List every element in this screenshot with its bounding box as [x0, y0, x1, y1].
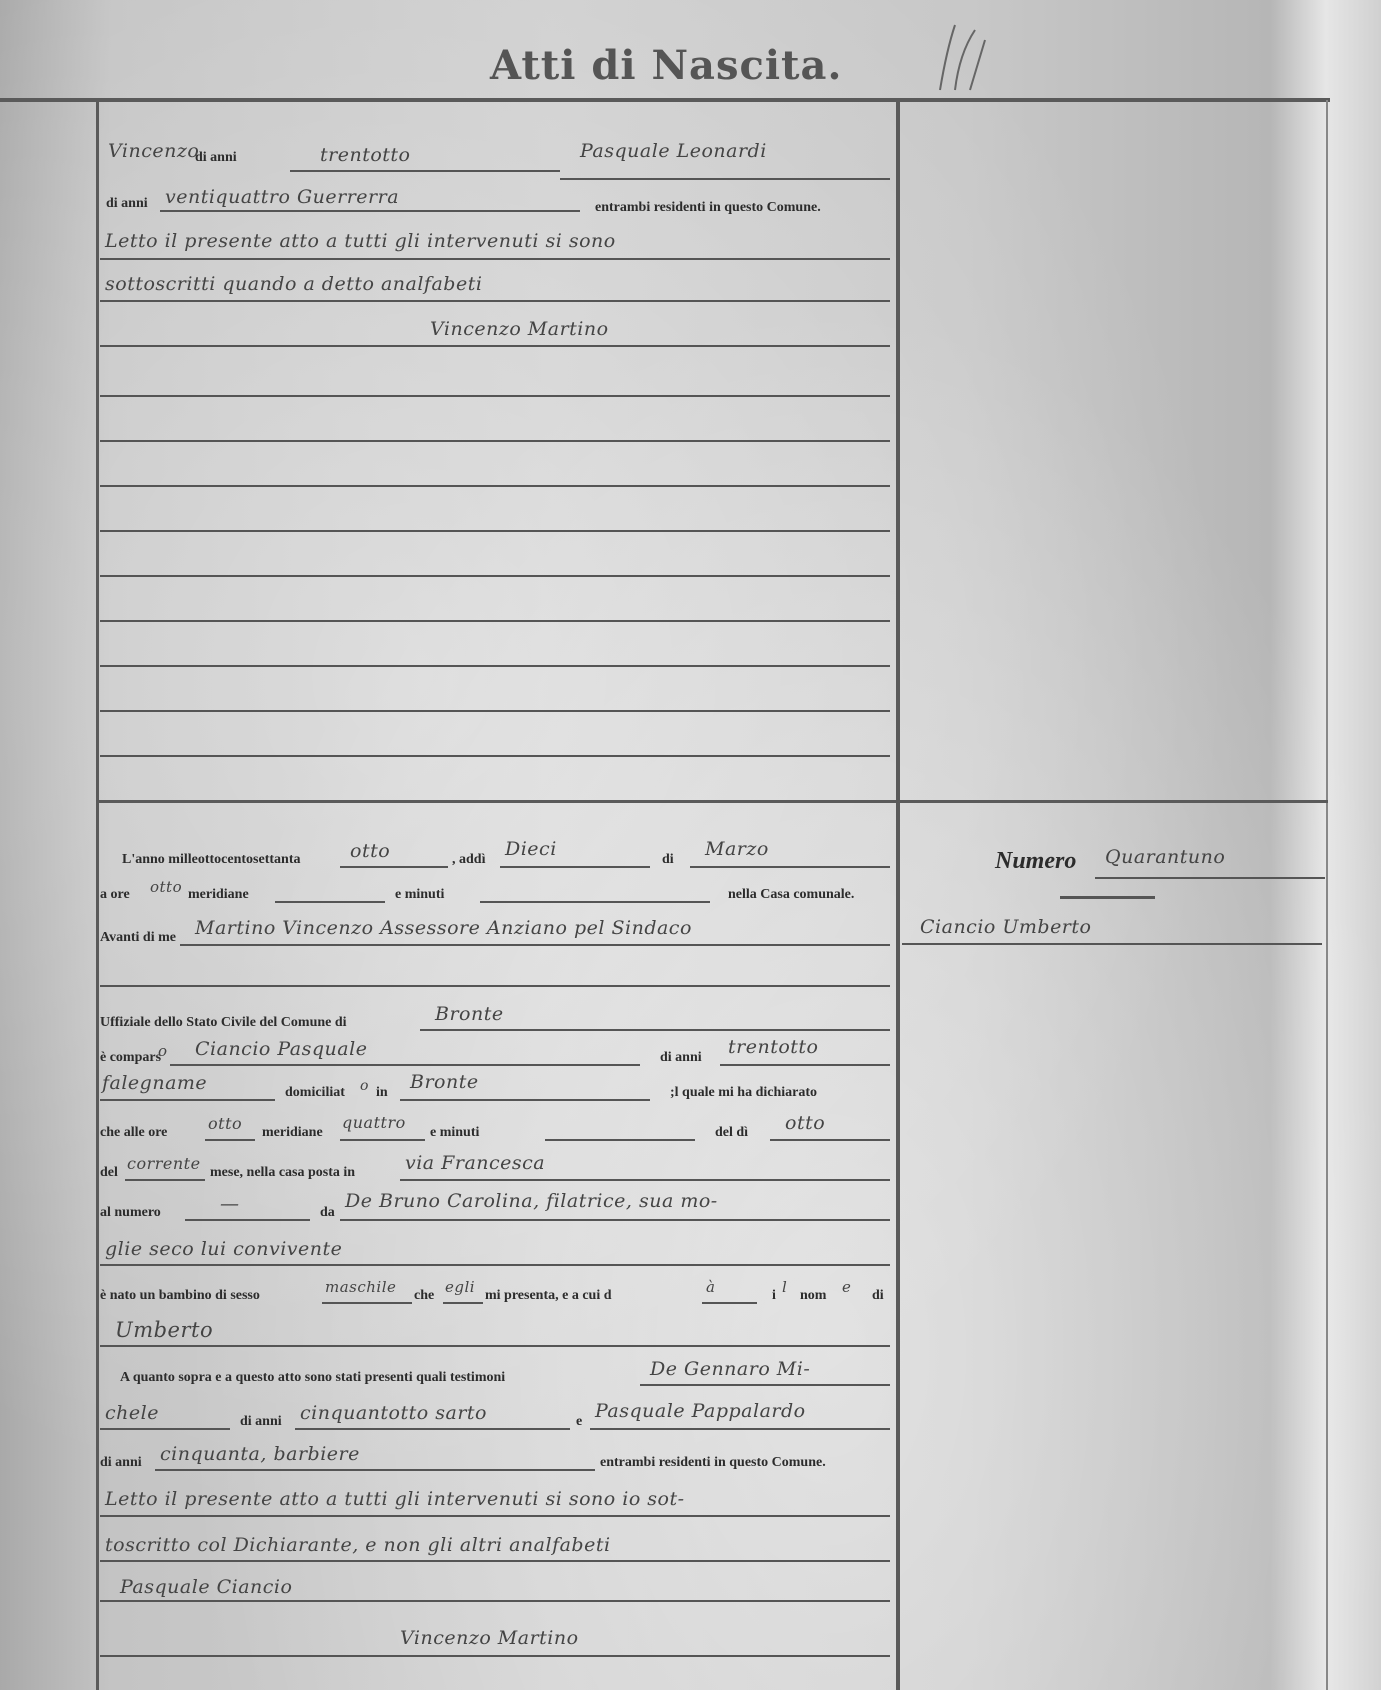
- presenta-label: mi presenta, e a cui d: [485, 1288, 612, 1304]
- rule: [720, 1064, 890, 1066]
- officer-signature: Vincenzo Martino: [400, 1627, 579, 1649]
- witness-2-age: cinquanta, barbiere: [160, 1443, 360, 1465]
- upper-handwritten-name: Vincenzo: [108, 140, 199, 162]
- witnesses-residents-label: entrambi residenti in questo Comune.: [600, 1455, 826, 1471]
- rule: [125, 1179, 205, 1181]
- rule: [100, 755, 890, 757]
- numero-label: Numero: [995, 848, 1076, 875]
- rule: [295, 1428, 570, 1430]
- rule: [400, 1179, 890, 1181]
- rule: [100, 1655, 890, 1657]
- birth-meridiane-label: meridiane: [262, 1125, 323, 1141]
- birth-day-label: del dì: [715, 1125, 748, 1141]
- upper-age-1: trentotto: [320, 144, 410, 166]
- rule: [322, 1302, 412, 1304]
- house-label: mese, nella casa posta in: [210, 1165, 355, 1181]
- rule: [100, 665, 890, 667]
- month-label: di: [662, 852, 674, 868]
- birth-street: via Francesca: [405, 1152, 545, 1174]
- upper-printed-age-label-2: di anni: [106, 196, 148, 212]
- rule: [100, 1099, 275, 1101]
- birth-hour-label: che alle ore: [100, 1125, 167, 1141]
- rule: [500, 866, 650, 868]
- closing-line-1: Letto il presente atto a tutti gli inter…: [105, 1488, 685, 1510]
- page-title: Atti di Nascita.: [490, 42, 842, 89]
- il-suffix: l: [782, 1278, 787, 1296]
- rule: [160, 210, 580, 212]
- rule: [340, 1139, 425, 1141]
- casa-comunale-label: nella Casa comunale.: [728, 887, 854, 903]
- child-name: Umberto: [115, 1318, 213, 1342]
- comparso-suffix: o: [158, 1042, 168, 1060]
- rule: [100, 485, 890, 487]
- avanti-label: Avanti di me: [100, 930, 176, 946]
- witness-1-age-label: di anni: [240, 1414, 282, 1430]
- born-label: è nato un bambino di sesso: [100, 1288, 260, 1304]
- house-number: —: [220, 1193, 240, 1215]
- uffiziale-label: Uffiziale dello Stato Civile del Comune …: [100, 1015, 347, 1031]
- rule: [100, 1428, 230, 1430]
- document-page: [0, 0, 1381, 1690]
- birth-minutes-label: e minuti: [430, 1125, 479, 1141]
- e-label: e: [576, 1414, 582, 1430]
- rule: [560, 178, 890, 180]
- rule: [100, 530, 890, 532]
- birth-day: otto: [785, 1112, 825, 1134]
- meridiane-label: meridiane: [188, 887, 249, 903]
- witness-1-name-cont: chele: [105, 1402, 159, 1424]
- nome-suffix: e: [842, 1278, 851, 1296]
- upper-residents-text: entrambi residenti in questo Comune.: [595, 200, 821, 216]
- rule: [100, 1264, 890, 1266]
- margin-scribble-icon: [930, 20, 990, 100]
- witness-2-age-label: di anni: [100, 1455, 142, 1471]
- rule: [100, 1560, 890, 1562]
- margin-child-name: Ciancio Umberto: [920, 916, 1091, 938]
- il-label: i: [772, 1288, 776, 1304]
- right-border: [1326, 100, 1328, 1690]
- rule: [100, 440, 890, 442]
- domiciliato-suffix: o: [360, 1078, 369, 1094]
- house-number-label: al numero: [100, 1205, 161, 1221]
- rule: [100, 345, 890, 347]
- declarant-signature: Pasquale Ciancio: [120, 1576, 292, 1598]
- da-suffix: à: [706, 1278, 715, 1296]
- upper-line-3: Letto il presente atto a tutti gli inter…: [105, 230, 616, 252]
- rule: [275, 901, 385, 903]
- day-value: Dieci: [505, 838, 557, 860]
- section-divider: [96, 800, 1328, 803]
- minutes-label: e minuti: [395, 887, 444, 903]
- rule: [480, 901, 710, 903]
- upper-witness-name: Pasquale Leonardi: [580, 140, 767, 162]
- left-border: [96, 100, 99, 1690]
- declarant-profession: falegname: [102, 1072, 207, 1094]
- rule: [690, 866, 890, 868]
- in-label: in: [376, 1085, 388, 1101]
- domiciliato-label: domiciliat: [285, 1085, 345, 1101]
- da-label: da: [320, 1205, 335, 1221]
- rule: [340, 1219, 890, 1221]
- rule: [100, 300, 890, 302]
- comune-value: Bronte: [435, 1003, 504, 1025]
- upper-printed-age-label: di anni: [195, 150, 237, 166]
- declarant-age: trentotto: [728, 1036, 818, 1058]
- header-rule: [0, 98, 1330, 102]
- presenter-pronoun: egli: [445, 1278, 475, 1296]
- rule: [100, 620, 890, 622]
- witness-1-age: cinquantotto sarto: [300, 1402, 487, 1424]
- che-label: che: [414, 1288, 434, 1304]
- center-divider: [896, 100, 900, 1690]
- dichiarato-label: ;l quale mi ha dichiarato: [670, 1085, 817, 1101]
- nome-label: nom: [800, 1288, 826, 1304]
- rule: [180, 944, 890, 946]
- witness-2-name: Pasquale Pappalardo: [595, 1400, 806, 1422]
- year-label: L'anno milleottocentosettanta: [122, 852, 300, 868]
- rule: [902, 943, 1322, 945]
- di-label: di: [872, 1288, 884, 1304]
- day-label: , addì: [452, 852, 485, 868]
- year-value: otto: [350, 840, 390, 862]
- birth-meridiane: quattro: [342, 1113, 406, 1132]
- birth-month: corrente: [127, 1154, 201, 1173]
- rule: [100, 575, 890, 577]
- hour-value: otto: [150, 878, 182, 896]
- rule: [1060, 896, 1155, 899]
- comparso-label: è compars: [100, 1050, 161, 1066]
- rule: [100, 258, 890, 260]
- domicile-value: Bronte: [410, 1071, 479, 1093]
- rule: [205, 1139, 255, 1141]
- rule: [400, 1099, 650, 1101]
- rule: [1095, 877, 1325, 879]
- rule: [100, 1345, 890, 1347]
- witness-1-name: De Gennaro Mi-: [650, 1358, 810, 1380]
- rule: [702, 1302, 757, 1304]
- rule: [100, 985, 890, 987]
- rule: [100, 710, 890, 712]
- rule: [420, 1029, 890, 1031]
- rule: [100, 1515, 890, 1517]
- birth-hour: otto: [208, 1114, 242, 1133]
- closing-line-2: toscritto col Dichiarante, e non gli alt…: [105, 1534, 611, 1556]
- rule: [170, 1064, 640, 1066]
- rule: [770, 1139, 890, 1141]
- upper-age-2: ventiquattro Guerrerra: [165, 186, 399, 208]
- rule: [545, 1139, 695, 1141]
- mother-name: De Bruno Carolina, filatrice, sua mo-: [345, 1190, 718, 1212]
- witnesses-label: A quanto sopra e a questo atto sono stat…: [120, 1370, 505, 1386]
- declarant-name: Ciancio Pasquale: [195, 1038, 367, 1060]
- rule: [443, 1302, 483, 1304]
- rule: [640, 1384, 890, 1386]
- mother-name-cont: glie seco lui convivente: [105, 1238, 342, 1260]
- upper-signature: Vincenzo Martino: [430, 318, 609, 340]
- declarant-age-label: di anni: [660, 1050, 702, 1066]
- officer-name: Martino Vincenzo Assessore Anziano pel S…: [195, 917, 692, 939]
- rule: [290, 170, 560, 172]
- numero-value: Quarantuno: [1105, 846, 1225, 868]
- upper-line-4: sottoscritti quando a detto analfabeti: [105, 273, 482, 295]
- hour-label: a ore: [100, 887, 130, 903]
- del-label: del: [100, 1165, 118, 1181]
- rule: [100, 395, 890, 397]
- rule: [155, 1469, 595, 1471]
- child-sex: maschile: [325, 1278, 396, 1296]
- month-value: Marzo: [705, 838, 769, 860]
- rule: [100, 1600, 890, 1602]
- rule: [340, 866, 448, 868]
- rule: [590, 1428, 890, 1430]
- rule: [185, 1219, 310, 1221]
